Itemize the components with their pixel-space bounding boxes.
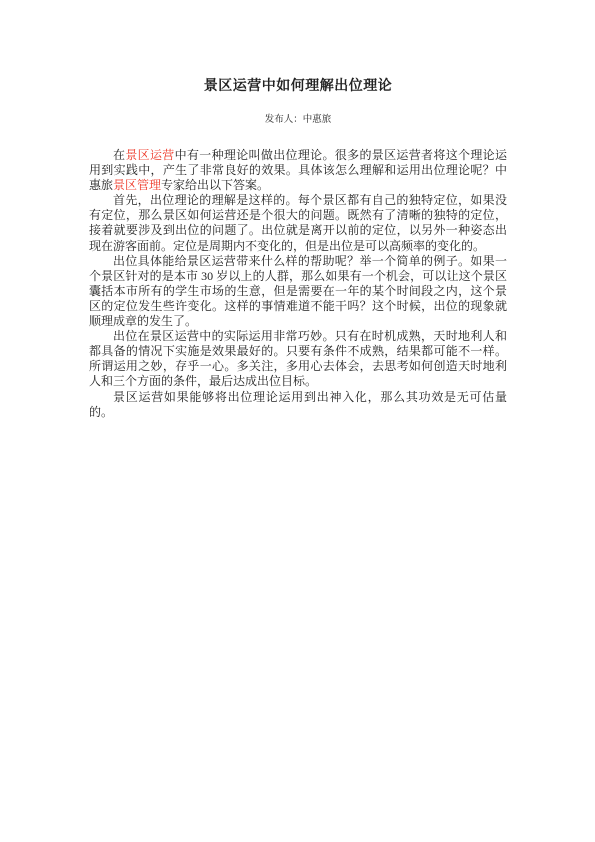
text-run: 专家给出以下答案。 bbox=[161, 178, 269, 192]
document-page: 景区运营中如何理解出位理论 发布人：中惠旅 在景区运营中有一种理论叫做出位理论。… bbox=[0, 0, 595, 842]
paragraph-intro: 在景区运营中有一种理论叫做出位理论。很多的景区运营者将这个理论运用到实践中，产生… bbox=[89, 148, 507, 193]
paragraph-example: 出位具体能给景区运营带来什么样的帮助呢？举一个简单的例子。如果一个景区针对的是本… bbox=[89, 254, 507, 329]
paragraph-conclusion: 景区运营如果能够将出位理论运用到出神入化，那么其功效是无可估量的。 bbox=[89, 390, 507, 420]
paragraph-practical-use: 出位在景区运营中的实际运用非常巧妙。只有在时机成熟，天时地利人和都具备的情况下实… bbox=[89, 329, 507, 389]
paragraph-theory-explanation: 首先，出位理论的理解是这样的。每个景区都有自己的独特定位，如果没有定位，那么景区… bbox=[89, 193, 507, 253]
text-run: 在 bbox=[113, 148, 125, 162]
link-scenic-area-management[interactable]: 景区管理 bbox=[113, 178, 161, 192]
page-title: 景区运营中如何理解出位理论 bbox=[89, 78, 507, 96]
link-scenic-area-operation[interactable]: 景区运营 bbox=[125, 148, 174, 162]
publisher-line: 发布人：中惠旅 bbox=[89, 114, 507, 126]
article-body: 在景区运营中有一种理论叫做出位理论。很多的景区运营者将这个理论运用到实践中，产生… bbox=[89, 148, 507, 420]
